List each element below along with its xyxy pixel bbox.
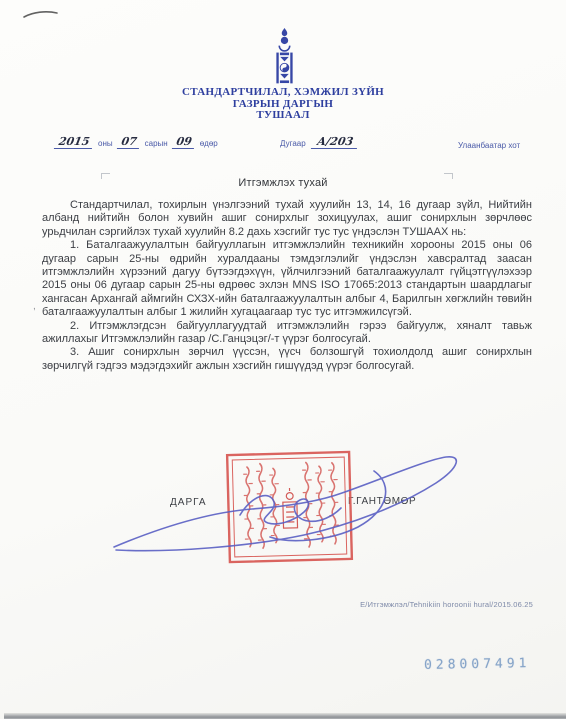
- date-fields: 2015 оны 07 сарын 09 өдөр: [55, 136, 218, 149]
- decree-body: Стандартчилал, тохирлын үнэлгээний тухай…: [42, 199, 532, 373]
- footer-reference: Е/Итгэмжлэл/Tehnikiin horoonii hural/201…: [360, 600, 533, 609]
- signature-icon: [92, 443, 472, 561]
- scan-speck-artifact: ,: [33, 301, 36, 312]
- day-label: өдөр: [200, 139, 218, 149]
- month-label: сарын: [145, 139, 168, 149]
- handwritten-number: А/203: [311, 136, 359, 149]
- agency-title-line3: ТУШААЛ: [0, 110, 566, 122]
- paragraph-item-3: 3. Ашиг сонирхлын зөрчил үүссэн, үүсч бо…: [42, 346, 532, 373]
- handwritten-year: 2015: [54, 136, 94, 149]
- paragraph-item-1: 1. Баталгаажуулалтын байгууллагын итгэмж…: [42, 239, 532, 319]
- scan-edge-shadow: [4, 713, 566, 719]
- pen-mark-artifact: [22, 8, 60, 22]
- agency-title: СТАНДАРТЧИЛАЛ, ХЭМЖИЛ ЗҮЙН ГАЗРЫН ДАРГЫН…: [0, 87, 566, 122]
- city-label: Улаанбаатар хот: [458, 141, 520, 150]
- handwritten-month: 07: [116, 136, 140, 149]
- scanned-decree-page: СТАНДАРТЧИЛАЛ, ХЭМЖИЛ ЗҮЙН ГАЗРЫН ДАРГЫН…: [0, 0, 566, 719]
- paragraph-item-2: 2. Итгэмжлэгдсэн байгууллагуудтай итгэмж…: [42, 320, 532, 347]
- serial-number-stamp: 028007491: [424, 656, 531, 673]
- number-label: Дугаар: [280, 139, 306, 149]
- soyombo-emblem-icon: [272, 27, 297, 86]
- paragraph-legal-basis: Стандартчилал, тохирлын үнэлгээний тухай…: [42, 199, 532, 239]
- handwritten-day: 09: [172, 136, 196, 149]
- date-row: 2015 оны 07 сарын 09 өдөр Дугаар А/203 У…: [0, 136, 566, 156]
- subject-title: Итгэмжлэх тухай: [0, 177, 566, 189]
- document-number-field: Дугаар А/203: [280, 136, 358, 149]
- year-label: оны: [98, 139, 113, 149]
- agency-title-line1: СТАНДАРТЧИЛАЛ, ХЭМЖИЛ ЗҮЙН: [0, 87, 566, 99]
